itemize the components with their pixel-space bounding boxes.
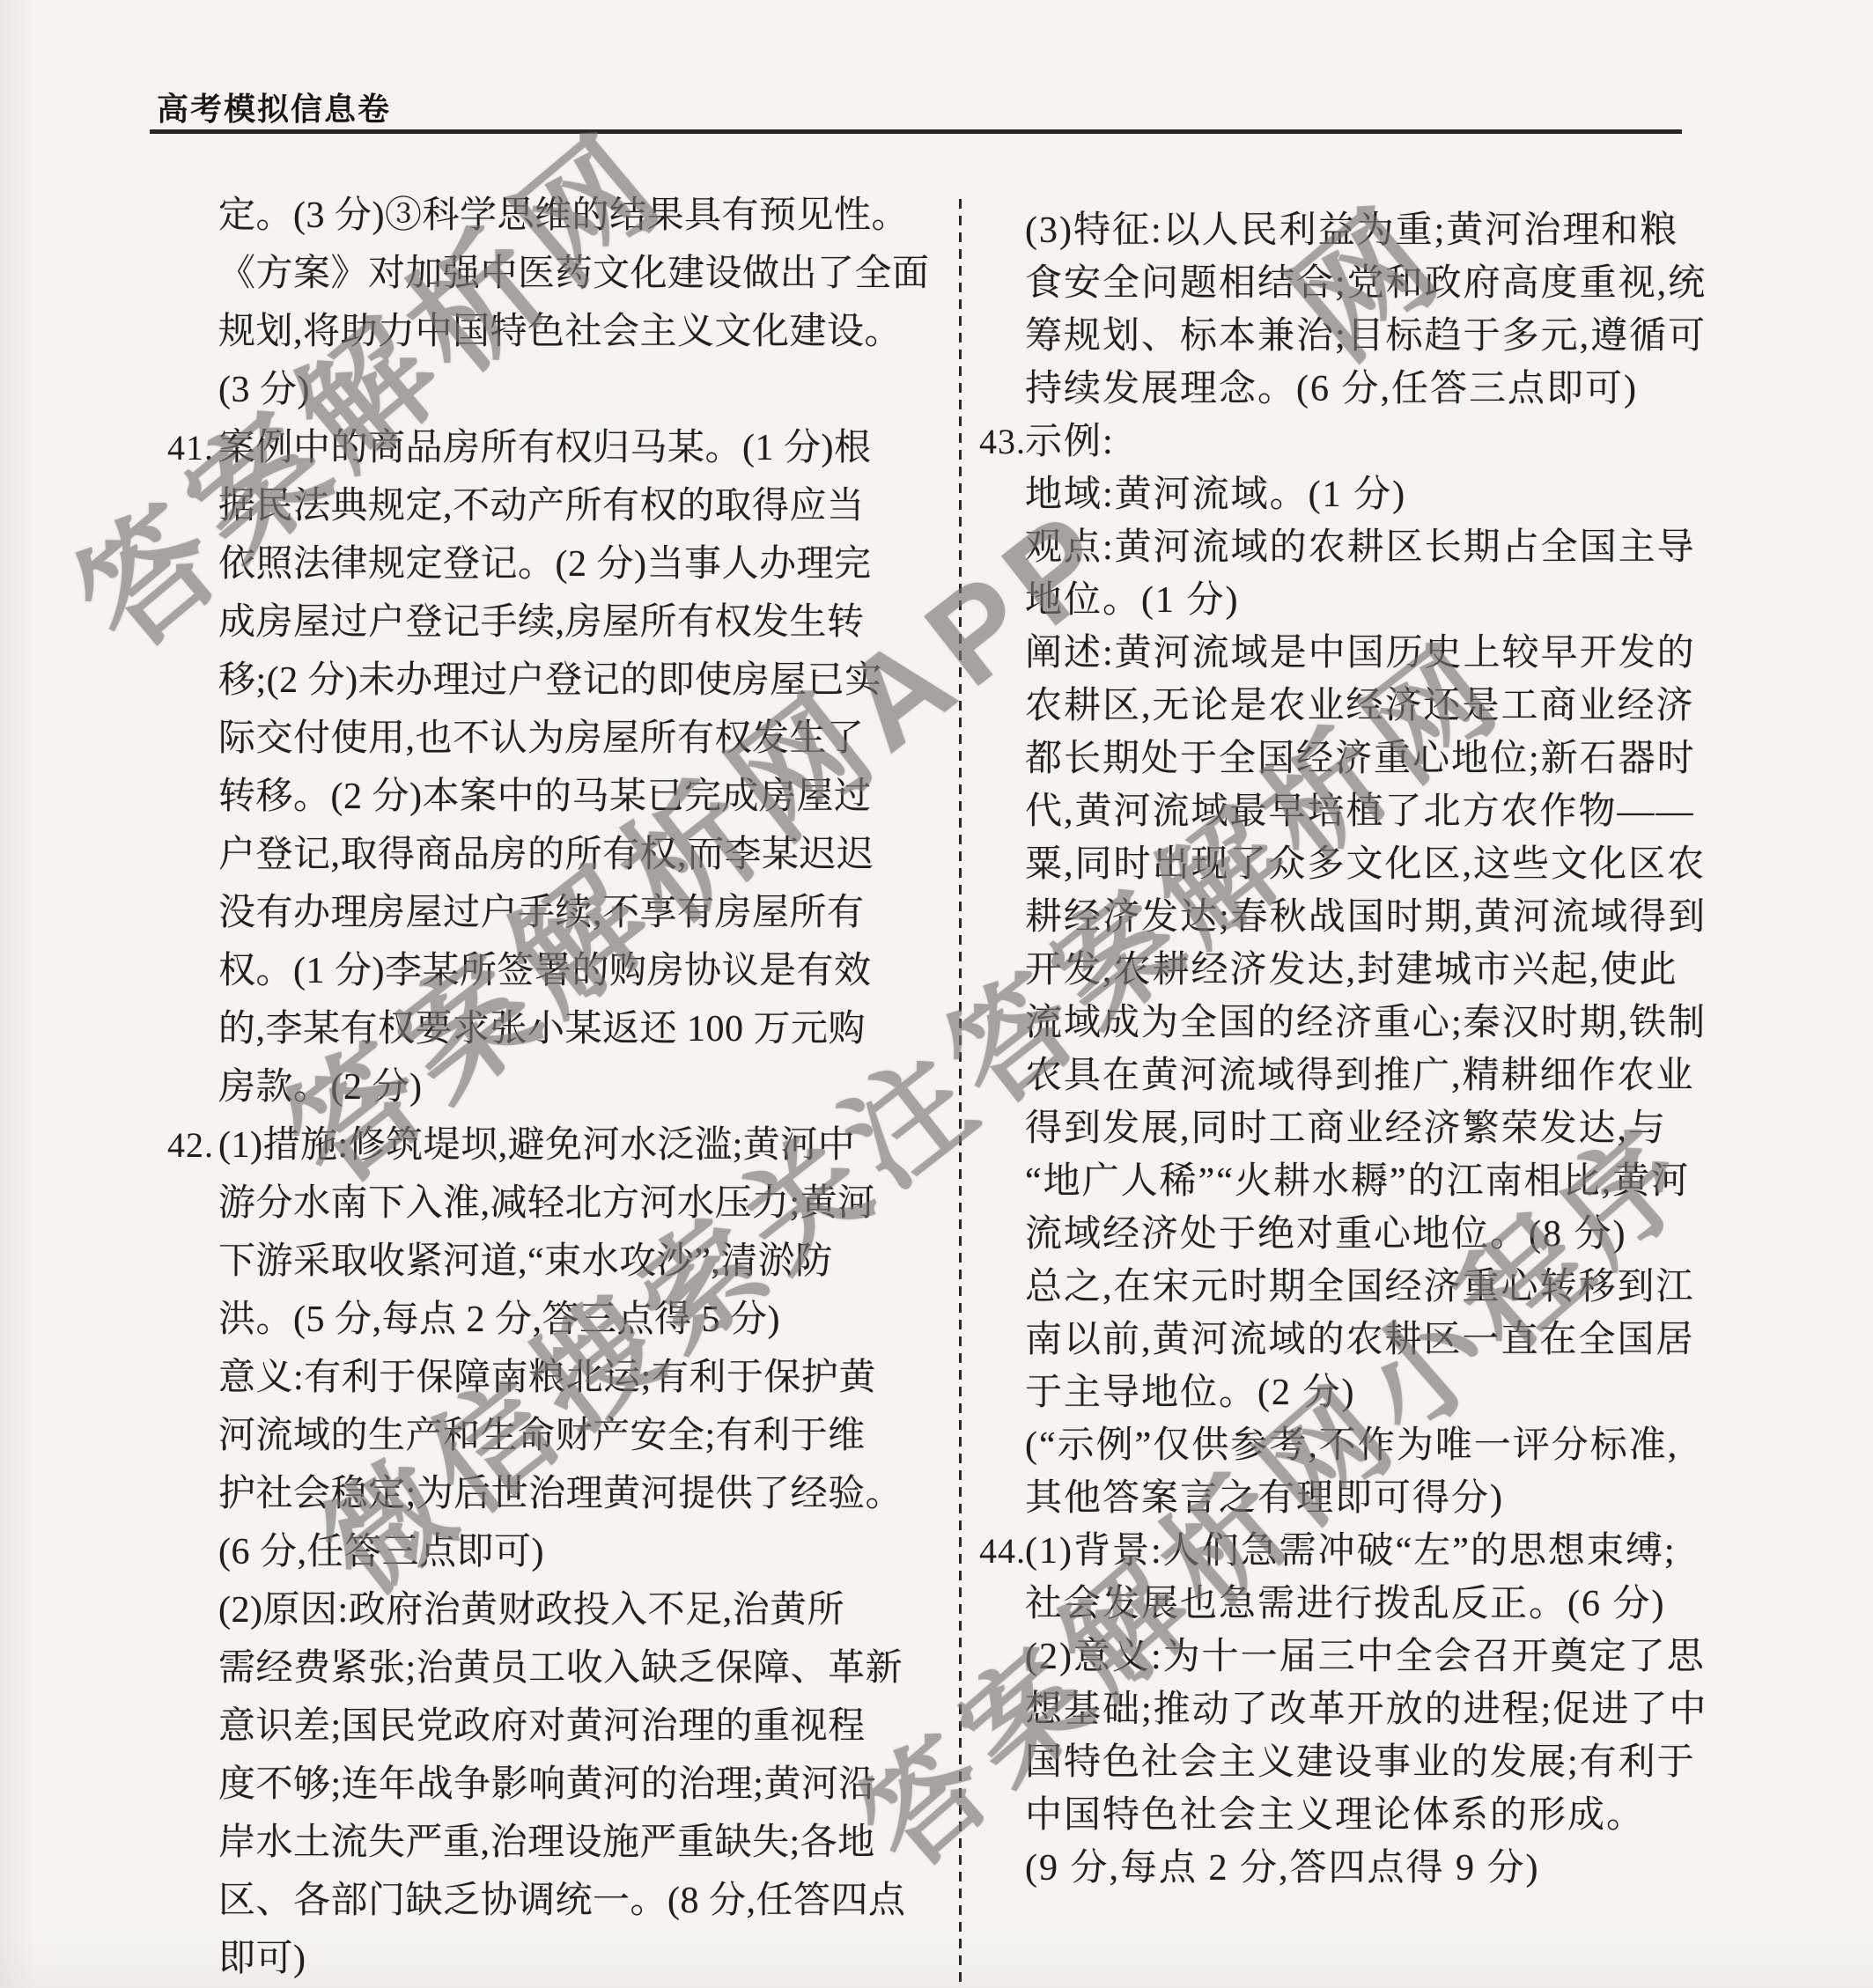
answer-line: 洪。(5 分,每点 2 分,答三点得 5 分) bbox=[167, 1291, 942, 1349]
answer-line: 食安全问题相结合;党和政府高度重视,统 bbox=[979, 257, 1798, 310]
answer-line: 度不够;连年战争影响黄河的治理;黄河沿 bbox=[167, 1756, 942, 1814]
answer-line: (6 分,任答三点即可) bbox=[167, 1523, 942, 1581]
answer-line-text: 意识差;国民党政府对黄河治理的重视程 bbox=[218, 1697, 866, 1756]
question-number: 44. bbox=[979, 1525, 1026, 1578]
answer-line: 耕经济发达;春秋战国时期,黄河流域得到 bbox=[979, 891, 1798, 944]
left-answer-column: 定。(3 分)③科学思维的结果具有预见性。《方案》对加强中医药文化建设做出了全面… bbox=[167, 187, 942, 1988]
answer-line-text: 农具在黄河流域得到推广,精耕细作农业 bbox=[1025, 1049, 1695, 1102]
answer-line-text: 筹规划、标本兼治;目标趋于多元,遵循可 bbox=[1025, 310, 1707, 363]
answer-line-text: 观点:黄河流域的农耕区长期占全国主导 bbox=[1025, 521, 1696, 574]
answer-line: 护社会稳定;为后世治理黄河提供了经验。 bbox=[167, 1465, 942, 1523]
answer-line: 河流域的生产和生命财产安全;有利于维 bbox=[167, 1407, 942, 1465]
answer-line: (9 分,每点 2 分,答四点得 9 分) bbox=[979, 1842, 1798, 1895]
answer-line: 依照法律规定登记。(2 分)当事人办理完 bbox=[167, 535, 942, 593]
answer-line: 转移。(2 分)本案中的马某已完成房屋过 bbox=[167, 768, 942, 826]
answer-line: 成房屋过户登记手续,房屋所有权发生转 bbox=[167, 593, 942, 652]
answer-line: 意识差;国民党政府对黄河治理的重视程 bbox=[167, 1697, 942, 1756]
answer-line: 岸水土流失严重,治理设施严重缺失;各地 bbox=[167, 1814, 942, 1872]
answer-line-text: 规划,将助力中国特色社会主义文化建设。 bbox=[218, 303, 902, 361]
answer-line: 其他答案言之有理即可得分) bbox=[979, 1472, 1798, 1525]
answer-line: 持续发展理念。(6 分,任答三点即可) bbox=[979, 363, 1798, 416]
answer-line: 粟,同时出现了众多文化区,这些文化区农 bbox=[979, 838, 1798, 891]
answer-line-text: 洪。(5 分,每点 2 分,答三点得 5 分) bbox=[218, 1291, 780, 1349]
answer-line-text: 际交付使用,也不认为房屋所有权发生了 bbox=[218, 710, 865, 768]
answer-line-text: 案例中的商品房所有权归马某。(1 分)根 bbox=[218, 419, 871, 477]
answer-line: 据民法典规定,不动产所有权的取得应当 bbox=[167, 477, 942, 535]
header-rule bbox=[150, 129, 1682, 134]
answer-line: “地广人稀”“火耕水耨”的江南相比,黄河 bbox=[979, 1155, 1798, 1208]
answer-line-text: 护社会稳定;为后世治理黄河提供了经验。 bbox=[218, 1465, 903, 1523]
answer-line: 流域经济处于绝对重心地位。(8 分) bbox=[979, 1208, 1798, 1261]
answer-line-text: 流域成为全国的经济重心;秦汉时期,铁制 bbox=[1025, 997, 1707, 1049]
answer-line-text: 河流域的生产和生命财产安全;有利于维 bbox=[218, 1407, 866, 1465]
answer-line-text: 岸水土流失严重,治理设施严重缺失;各地 bbox=[218, 1814, 875, 1872]
answer-line-text: 意义:有利于保障南粮北运;有利于保护黄 bbox=[218, 1349, 876, 1407]
answer-line: 规划,将助力中国特色社会主义文化建设。 bbox=[167, 303, 942, 361]
answer-line-text: 想基础;推动了改革开放的进程;促进了中 bbox=[1025, 1683, 1707, 1736]
answer-line: 地位。(1 分) bbox=[979, 574, 1798, 627]
answer-line-text: 成房屋过户登记手续,房屋所有权发生转 bbox=[218, 593, 865, 652]
answer-line-text: (2)原因:政府治黄财政投入不足,治黄所 bbox=[218, 1581, 844, 1639]
answer-line-text: 粟,同时出现了众多文化区,这些文化区农 bbox=[1025, 838, 1706, 891]
answer-line-text: (3)特征:以人民利益为重;黄河治理和粮 bbox=[1025, 204, 1678, 257]
answer-line-text: 阐述:黄河流域是中国历史上较早开发的 bbox=[1025, 627, 1696, 680]
answer-line: 南以前,黄河流域的农耕区一直在全国居 bbox=[979, 1314, 1798, 1366]
answer-line: 社会发展也急需进行拨乱反正。(6 分) bbox=[979, 1578, 1798, 1631]
answer-line: (3 分) bbox=[167, 361, 942, 419]
answer-line-text: 示例: bbox=[1025, 416, 1115, 468]
answer-line: 都长期处于全国经济重心地位;新石器时 bbox=[979, 733, 1798, 785]
page-title: 高考模拟信息卷 bbox=[157, 85, 391, 129]
answer-line-text: 区、各部门缺乏协调统一。(8 分,任答四点 bbox=[218, 1872, 906, 1930]
answer-line: 移;(2 分)未办理过户登记的即使房屋已实 bbox=[167, 652, 942, 710]
answer-line: 即可) bbox=[167, 1930, 942, 1988]
answer-line-text: 开发,农耕经济发达,封建城市兴起,使此 bbox=[1025, 944, 1678, 997]
right-answer-column: (3)特征:以人民利益为重;黄河治理和粮食安全问题相结合;党和政府高度重视,统筹… bbox=[979, 204, 1798, 1895]
answer-line: 权。(1 分)李某所签署的购房协议是有效 bbox=[167, 942, 942, 1000]
answer-line: 41.案例中的商品房所有权归马某。(1 分)根 bbox=[167, 419, 942, 477]
answer-line: 流域成为全国的经济重心;秦汉时期,铁制 bbox=[979, 997, 1798, 1049]
answer-line-text: 于主导地位。(2 分) bbox=[1025, 1366, 1355, 1419]
answer-line-text: 权。(1 分)李某所签署的购房协议是有效 bbox=[218, 942, 871, 1000]
answer-line: 需经费紧张;治黄员工收入缺乏保障、革新 bbox=[167, 1639, 942, 1697]
answer-line-text: 房款。(2 分) bbox=[218, 1058, 422, 1116]
question-number: 41. bbox=[167, 419, 214, 477]
answer-line-text: 依照法律规定登记。(2 分)当事人办理完 bbox=[218, 535, 871, 593]
answer-line-text: 食安全问题相结合;党和政府高度重视,统 bbox=[1025, 257, 1707, 310]
answer-line-text: 《方案》对加强中医药文化建设做出了全面 bbox=[218, 245, 930, 303]
answer-line: 得到发展,同时工商业经济繁荣发达,与 bbox=[979, 1102, 1798, 1155]
answer-line: 地域:黄河流域。(1 分) bbox=[979, 468, 1798, 521]
answer-line-text: “地广人稀”“火耕水耨”的江南相比,黄河 bbox=[1025, 1155, 1690, 1208]
answer-line: 代,黄河流域最早培植了北方农作物—— bbox=[979, 785, 1798, 838]
answer-line-text: 即可) bbox=[218, 1930, 306, 1988]
answer-line-text: 国特色社会主义建设事业的发展;有利于 bbox=[1025, 1736, 1696, 1789]
answer-line-text: 其他答案言之有理即可得分) bbox=[1025, 1472, 1504, 1525]
answer-line: 《方案》对加强中医药文化建设做出了全面 bbox=[167, 245, 942, 303]
answer-line: 42.(1)措施:修筑堤坝,避免河水泛滥;黄河中 bbox=[167, 1116, 942, 1174]
answer-line: 定。(3 分)③科学思维的结果具有预见性。 bbox=[167, 187, 942, 245]
answer-line-text: (“示例”仅供参考,不作为唯一评分标准, bbox=[1025, 1419, 1678, 1472]
answer-line-text: 农耕区,无论是农业经济还是工商业经济 bbox=[1025, 680, 1695, 733]
answer-line-text: 需经费紧张;治黄员工收入缺乏保障、革新 bbox=[218, 1639, 903, 1697]
answer-line: 游分水南下入淮,减轻北方河水压力;黄河 bbox=[167, 1174, 942, 1233]
answer-line-text: (3 分) bbox=[218, 361, 310, 419]
scanned-exam-answer-page: 高考模拟信息卷 定。(3 分)③科学思维的结果具有预见性。《方案》对加强中医药文… bbox=[0, 0, 1873, 1988]
answer-line-text: 都长期处于全国经济重心地位;新石器时 bbox=[1025, 733, 1696, 785]
answer-line: 于主导地位。(2 分) bbox=[979, 1366, 1798, 1419]
answer-line-text: 地位。(1 分) bbox=[1025, 574, 1239, 627]
answer-line-text: 耕经济发达;春秋战国时期,黄河流域得到 bbox=[1025, 891, 1707, 944]
answer-line: 意义:有利于保障南粮北运;有利于保护黄 bbox=[167, 1349, 942, 1407]
answer-line: 农具在黄河流域得到推广,精耕细作农业 bbox=[979, 1049, 1798, 1102]
answer-line-text: 地域:黄河流域。(1 分) bbox=[1025, 468, 1406, 521]
answer-line-text: (9 分,每点 2 分,答四点得 9 分) bbox=[1025, 1842, 1539, 1895]
answer-line-text: 没有办理房屋过户手续,不享有房屋所有 bbox=[218, 884, 865, 942]
answer-line-text: 中国特色社会主义理论体系的形成。 bbox=[1025, 1789, 1645, 1842]
answer-line: 44.(1)背景:人们急需冲破“左”的思想束缚; bbox=[979, 1525, 1798, 1578]
answer-line-text: 代,黄河流域最早培植了北方农作物—— bbox=[1025, 785, 1695, 838]
answer-line-text: 移;(2 分)未办理过户登记的即使房屋已实 bbox=[218, 652, 882, 710]
answer-line: 没有办理房屋过户手续,不享有房屋所有 bbox=[167, 884, 942, 942]
column-divider-dashed-line bbox=[959, 199, 962, 1988]
answer-line: 的,李某有权要求张小某返还 100 万元购 bbox=[167, 1000, 942, 1058]
answer-line-text: (6 分,任答三点即可) bbox=[218, 1523, 544, 1581]
answer-line-text: 定。(3 分)③科学思维的结果具有预见性。 bbox=[218, 187, 909, 245]
answer-line-text: (2)意义:为十一届三中全会召开奠定了思 bbox=[1025, 1631, 1706, 1683]
answer-line-text: 南以前,黄河流域的农耕区一直在全国居 bbox=[1025, 1314, 1695, 1366]
answer-line: 想基础;推动了改革开放的进程;促进了中 bbox=[979, 1683, 1798, 1736]
answer-line-text: 据民法典规定,不动产所有权的取得应当 bbox=[218, 477, 865, 535]
answer-line: 际交付使用,也不认为房屋所有权发生了 bbox=[167, 710, 942, 768]
answer-line-text: 流域经济处于绝对重心地位。(8 分) bbox=[1025, 1208, 1626, 1261]
answer-line: 总之,在宋元时期全国经济重心转移到江 bbox=[979, 1261, 1798, 1314]
answer-line: 农耕区,无论是农业经济还是工商业经济 bbox=[979, 680, 1798, 733]
answer-line-text: 社会发展也急需进行拨乱反正。(6 分) bbox=[1025, 1578, 1665, 1631]
answer-line: 观点:黄河流域的农耕区长期占全国主导 bbox=[979, 521, 1798, 574]
answer-line: 开发,农耕经济发达,封建城市兴起,使此 bbox=[979, 944, 1798, 997]
answer-line-text: (1)措施:修筑堤坝,避免河水泛滥;黄河中 bbox=[218, 1116, 855, 1174]
answer-line: 下游采取收紧河道,“束水攻沙”,清淤防 bbox=[167, 1233, 942, 1291]
answer-line-text: 户登记,取得商品房的所有权,而李某迟迟 bbox=[218, 826, 874, 884]
answer-line: 43.示例: bbox=[979, 416, 1798, 468]
answer-line: (2)意义:为十一届三中全会召开奠定了思 bbox=[979, 1631, 1798, 1683]
question-number: 43. bbox=[979, 416, 1026, 468]
answer-line-text: 得到发展,同时工商业经济繁荣发达,与 bbox=[1025, 1102, 1667, 1155]
answer-line: 户登记,取得商品房的所有权,而李某迟迟 bbox=[167, 826, 942, 884]
answer-line-text: 的,李某有权要求张小某返还 100 万元购 bbox=[218, 1000, 866, 1058]
answer-line: 国特色社会主义建设事业的发展;有利于 bbox=[979, 1736, 1798, 1789]
answer-line: (2)原因:政府治黄财政投入不足,治黄所 bbox=[167, 1581, 942, 1639]
answer-line-text: 持续发展理念。(6 分,任答三点即可) bbox=[1025, 363, 1638, 416]
answer-line-text: 下游采取收紧河道,“束水攻沙”,清淤防 bbox=[218, 1233, 833, 1291]
answer-line: 房款。(2 分) bbox=[167, 1058, 942, 1116]
answer-line-text: 转移。(2 分)本案中的马某已完成房屋过 bbox=[218, 768, 871, 826]
answer-line: (“示例”仅供参考,不作为唯一评分标准, bbox=[979, 1419, 1798, 1472]
answer-line-text: 度不够;连年战争影响黄河的治理;黄河沿 bbox=[218, 1756, 876, 1814]
answer-line: 筹规划、标本兼治;目标趋于多元,遵循可 bbox=[979, 310, 1798, 363]
answer-line: 阐述:黄河流域是中国历史上较早开发的 bbox=[979, 627, 1798, 680]
question-number: 42. bbox=[167, 1116, 214, 1174]
answer-line: 区、各部门缺乏协调统一。(8 分,任答四点 bbox=[167, 1872, 942, 1930]
answer-line-text: 游分水南下入淮,减轻北方河水压力;黄河 bbox=[218, 1174, 875, 1233]
answer-line-text: (1)背景:人们急需冲破“左”的思想束缚; bbox=[1025, 1525, 1677, 1578]
answer-line: 中国特色社会主义理论体系的形成。 bbox=[979, 1789, 1798, 1842]
answer-line: (3)特征:以人民利益为重;黄河治理和粮 bbox=[979, 204, 1798, 257]
answer-line-text: 总之,在宋元时期全国经济重心转移到江 bbox=[1025, 1261, 1695, 1314]
